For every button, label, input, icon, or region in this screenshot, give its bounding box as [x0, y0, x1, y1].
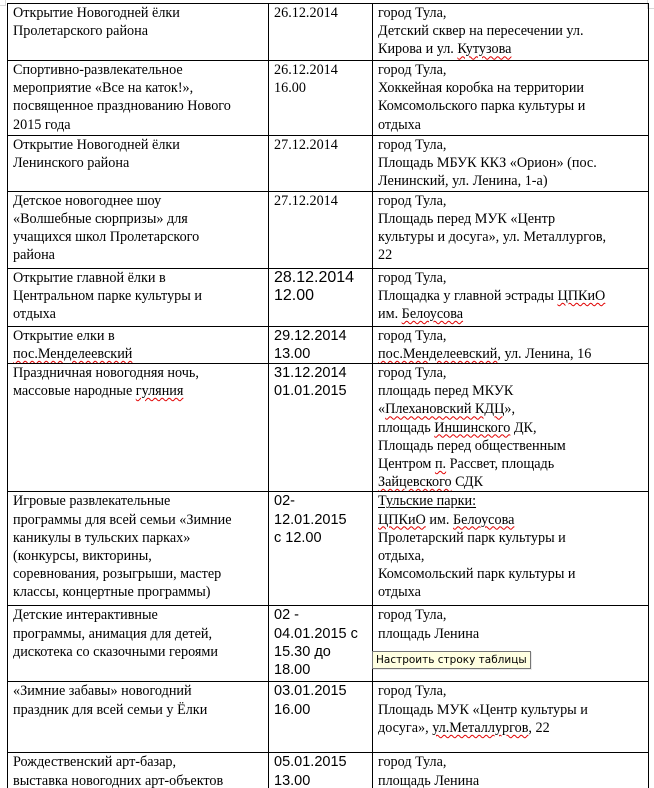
place-text-line: город Тула, — [378, 364, 648, 382]
table-row[interactable]: Открытие Новогодней ёлкиЛенинского район… — [8, 136, 649, 192]
underlined-heading: Тульские парки: — [378, 493, 476, 509]
place-text-line: им. Белоусова — [378, 305, 648, 323]
place-text-line: площадь Ленина — [378, 625, 648, 643]
place-text-line: Кирова и ул. Кутузова — [378, 40, 648, 58]
place-text-line: досуга», ул.Металлургов, 22 — [378, 719, 648, 737]
spellcheck-flagged-word[interactable]: ЦПКиО — [557, 288, 605, 304]
date-cell[interactable]: 02-12.01.2015с 12.00 — [269, 492, 373, 606]
place-text-line: Площадь МБУК ККЗ «Орион» (пос. — [378, 154, 648, 172]
event-cell[interactable]: Открытие елки впос.Менделеевский — [8, 326, 269, 363]
spellcheck-flagged-word[interactable]: Белоусова — [402, 306, 463, 322]
place-text-line: город Тула, — [378, 4, 648, 22]
place-cell[interactable]: город Тула,площадь перед МКУК«Плехановск… — [373, 364, 649, 492]
event-text-line: праздник для всей семьи у Ёлки — [13, 701, 268, 719]
place-text-line: Площадь перед общественным — [378, 437, 648, 455]
place-text-line: Хоккейная коробка на территории — [378, 79, 648, 97]
date-text-line: 12.00 — [274, 287, 372, 305]
place-text-line: площадь Иншинского ДК, — [378, 419, 648, 437]
place-text-line: «Плехановский КДЦ», — [378, 400, 648, 418]
place-cell[interactable]: Тульские парки:ЦПКиО им. БелоусоваПролет… — [373, 492, 649, 606]
date-cell[interactable]: 03.01.201516.00 — [269, 682, 373, 753]
place-cell[interactable]: город Тула,Площадь перед МУК «Центркульт… — [373, 191, 649, 268]
event-text-line: каникулы в тульских парках» — [13, 529, 268, 547]
date-cell[interactable]: 28.12.201412.00 — [269, 268, 373, 326]
table-row[interactable]: Открытие елки впос.Менделеевский29.12.20… — [8, 326, 649, 363]
event-text-line: Открытие Новогодней ёлки — [13, 4, 268, 22]
spellcheck-flagged-word[interactable]: гуляния — [136, 383, 184, 399]
spellcheck-flagged-word[interactable]: пос.Менделеевский — [378, 346, 497, 362]
event-text-line: посвященное празднованию Нового — [13, 97, 268, 115]
place-text-line: Площадка у главной эстрады ЦПКиО — [378, 287, 648, 305]
event-text-line: мероприятие «Все на каток!», — [13, 79, 268, 97]
date-cell[interactable]: 29.12.201413.00 — [269, 326, 373, 363]
place-cell[interactable]: город Тула,площадь Ленина — [373, 753, 649, 788]
event-text-line: соревнования, розыгрыши, мастер — [13, 565, 268, 583]
place-text-line: отдыха — [378, 583, 648, 601]
events-schedule-table: Открытие Новогодней ёлкиПролетарского ра… — [7, 3, 649, 788]
date-text-line: 27.12.2014 — [274, 136, 372, 154]
event-text-line: Праздничная новогодняя ночь, — [13, 364, 268, 382]
place-text-line: Центром п. Рассвет, площадь — [378, 455, 648, 473]
event-text-line: «Волшебные сюрпризы» для — [13, 210, 268, 228]
place-text-line: город Тула, — [378, 682, 648, 700]
spellcheck-flagged-word[interactable]: пос.Менделеевский — [13, 346, 132, 362]
place-text-line: 22 — [378, 246, 648, 264]
date-text-line: 15.30 до — [274, 643, 372, 661]
event-text-line: Детское новогоднее шоу — [13, 192, 268, 210]
date-text-line: 31.12.2014 — [274, 364, 372, 382]
date-cell[interactable]: 26.12.2014 — [269, 4, 373, 61]
event-text-line: «Зимние забавы» новогодний — [13, 682, 268, 700]
spellcheck-flagged-word[interactable]: Кутузова — [457, 41, 511, 57]
date-text-line: 03.01.2015 — [274, 682, 372, 700]
table-row[interactable]: Игровые развлекательныепрограммы для все… — [8, 492, 649, 606]
event-cell[interactable]: Игровые развлекательныепрограммы для все… — [8, 492, 269, 606]
date-cell[interactable]: 05.01.201513.00 — [269, 753, 373, 788]
place-cell[interactable]: город Тула,Детский сквер на пересечении … — [373, 4, 649, 61]
place-text-line: город Тула, — [378, 327, 648, 345]
date-text-line: 27.12.2014 — [274, 192, 372, 210]
table-row[interactable]: Праздничная новогодняя ночь,массовые нар… — [8, 364, 649, 492]
document-page: Открытие Новогодней ёлкиПролетарского ра… — [0, 0, 654, 788]
event-cell[interactable]: Открытие Новогодней ёлкиЛенинского район… — [8, 136, 269, 192]
place-text-line: отдыха — [378, 116, 648, 134]
place-text-line: город Тула, — [378, 192, 648, 210]
place-text-line: Пролетарский парк культуры и — [378, 529, 648, 547]
place-text-line: Площадь МУК «Центр культуры и — [378, 701, 648, 719]
date-text-line: 16.00 — [274, 79, 372, 97]
place-cell[interactable]: город Тула,Площадь МУК «Центр культуры и… — [373, 682, 649, 753]
date-text-line: 13.00 — [274, 772, 372, 788]
event-text-line: Игровые развлекательные — [13, 492, 268, 510]
place-text-line: площадь Ленина — [378, 772, 648, 788]
date-cell[interactable]: 27.12.2014 — [269, 191, 373, 268]
place-text-line: культуры и досуга», ул. Металлургов, — [378, 228, 648, 246]
event-text-line: классы, концертные программы) — [13, 583, 268, 601]
event-text-line: Открытие главной ёлки в — [13, 269, 268, 287]
event-text-line: Ленинского района — [13, 154, 268, 172]
place-cell[interactable]: город Тула,пос.Менделеевский, ул. Ленина… — [373, 326, 649, 363]
place-text-line: Площадь перед МУК «Центр — [378, 210, 648, 228]
event-text-line: отдыха — [13, 305, 268, 323]
date-cell[interactable]: 31.12.201401.01.2015 — [269, 364, 373, 492]
table-row[interactable]: Открытие Новогодней ёлкиПролетарского ра… — [8, 4, 649, 61]
spellcheck-flagged-word[interactable]: Зайцевского — [378, 474, 452, 490]
date-text-line: 02- — [274, 492, 372, 510]
event-cell[interactable]: Спортивно-развлекательноемероприятие «Вс… — [8, 61, 269, 136]
spellcheck-flagged-word[interactable]: п. — [435, 456, 446, 472]
place-text-line: Тульские парки: — [378, 492, 648, 510]
event-cell[interactable]: Детское новогоднее шоу«Волшебные сюрприз… — [8, 191, 269, 268]
spellcheck-flagged-word[interactable]: Плехановский КДЦ — [385, 401, 504, 417]
event-text-line: Рождественский арт-базар, — [13, 753, 268, 771]
event-text-line: Центральном парке культуры и — [13, 287, 268, 305]
spellcheck-flagged-word[interactable]: Белоусова — [453, 512, 514, 528]
event-text-line: пос.Менделеевский — [13, 345, 268, 363]
event-cell[interactable]: Праздничная новогодняя ночь,массовые нар… — [8, 364, 269, 492]
place-text-line: город Тула, — [378, 753, 648, 771]
date-text-line: 13.00 — [274, 345, 372, 363]
event-text-line: (конкурсы, викторины, — [13, 547, 268, 565]
event-text-line: 2015 года — [13, 116, 268, 134]
event-text-line: Спортивно-развлекательное — [13, 61, 268, 79]
event-text-line: Пролетарского района — [13, 22, 268, 40]
date-text-line: 02 - — [274, 606, 372, 624]
event-text-line: массовые народные гуляния — [13, 382, 268, 400]
spellcheck-flagged-word[interactable]: ул.Металлургов — [432, 720, 528, 736]
date-text-line: 26.12.2014 — [274, 4, 372, 22]
date-text-line: 26.12.2014 — [274, 61, 372, 79]
place-text-line: пос.Менделеевский, ул. Ленина, 16 — [378, 345, 648, 363]
place-text-line: ЦПКиО им. Белоусова — [378, 511, 648, 529]
table-row[interactable]: Спортивно-развлекательноемероприятие «Вс… — [8, 61, 649, 136]
place-text-line: отдыха, — [378, 547, 648, 565]
table-row-tooltip: Настроить строку таблицы — [372, 651, 531, 669]
place-cell[interactable]: город Тула,Площадь МБУК ККЗ «Орион» (пос… — [373, 136, 649, 192]
place-text-line: Зайцевского СДК — [378, 473, 648, 491]
place-cell[interactable]: город Тула,Хоккейная коробка на территор… — [373, 61, 649, 136]
event-text-line: выставка новогодних арт-объектов — [13, 772, 268, 788]
page-corner-mark — [0, 0, 6, 6]
date-text-line: 16.00 — [274, 701, 372, 719]
event-text-line: учащихся школ Пролетарского — [13, 228, 268, 246]
place-cell[interactable]: город Тула,Площадка у главной эстрады ЦП… — [373, 268, 649, 326]
event-text-line: Детские интерактивные — [13, 606, 268, 624]
event-text-line: Открытие Новогодней ёлки — [13, 136, 268, 154]
place-text-line: город Тула, — [378, 61, 648, 79]
date-cell[interactable]: 27.12.2014 — [269, 136, 373, 192]
date-text-line: 18.00 — [274, 661, 372, 679]
place-text-line: Ленинский, ул. Ленина, 1-а) — [378, 172, 648, 190]
event-cell[interactable]: Рождественский арт-базар,выставка нового… — [8, 753, 269, 788]
place-text-line: Комсомольского парка культуры и — [378, 97, 648, 115]
place-cell[interactable]: город Тула,площадь Ленина — [373, 606, 649, 682]
place-text-line: город Тула, — [378, 606, 648, 624]
event-cell[interactable]: Открытие главной ёлки вЦентральном парке… — [8, 268, 269, 326]
date-text-line: 29.12.2014 — [274, 327, 372, 345]
event-cell[interactable]: Детские интерактивныепрограммы, анимация… — [8, 606, 269, 682]
place-text-line: город Тула, — [378, 136, 648, 154]
spellcheck-flagged-word[interactable]: ЦПКиО — [378, 512, 426, 528]
event-text-line: дискотека со сказочными героями — [13, 643, 268, 661]
event-cell[interactable]: Открытие Новогодней ёлкиПролетарского ра… — [8, 4, 269, 61]
event-text-line: Открытие елки в — [13, 327, 268, 345]
place-text-line: площадь перед МКУК — [378, 382, 648, 400]
date-text-line: с 12.00 — [274, 529, 372, 547]
date-text-line: 05.01.2015 — [274, 753, 372, 771]
date-text-line: 12.01.2015 — [274, 511, 372, 529]
event-cell[interactable]: «Зимние забавы» новогоднийпраздник для в… — [8, 682, 269, 753]
date-text-line: 01.01.2015 — [274, 382, 372, 400]
place-text-line: Комсомольский парк культуры и — [378, 565, 648, 583]
date-text-line: 28.12.2014 — [274, 269, 372, 287]
place-text-line: Детский сквер на пересечении ул. — [378, 22, 648, 40]
place-text-line: город Тула, — [378, 269, 648, 287]
table-row[interactable]: «Зимние забавы» новогоднийпраздник для в… — [8, 682, 649, 753]
table-row[interactable]: Открытие главной ёлки вЦентральном парке… — [8, 268, 649, 326]
table-row[interactable]: Детское новогоднее шоу«Волшебные сюрприз… — [8, 191, 649, 268]
date-text-line: 04.01.2015 с — [274, 625, 372, 643]
event-text-line: программы для всей семьи «Зимние — [13, 511, 268, 529]
date-cell[interactable]: 02 -04.01.2015 с15.30 до18.00 — [269, 606, 373, 682]
date-cell[interactable]: 26.12.201416.00 — [269, 61, 373, 136]
event-text-line: района — [13, 246, 268, 264]
table-row[interactable]: Рождественский арт-базар,выставка нового… — [8, 753, 649, 788]
event-text-line: программы, анимация для детей, — [13, 625, 268, 643]
spellcheck-flagged-word[interactable]: Иншинского — [434, 420, 510, 436]
table-row[interactable]: Детские интерактивныепрограммы, анимация… — [8, 606, 649, 682]
